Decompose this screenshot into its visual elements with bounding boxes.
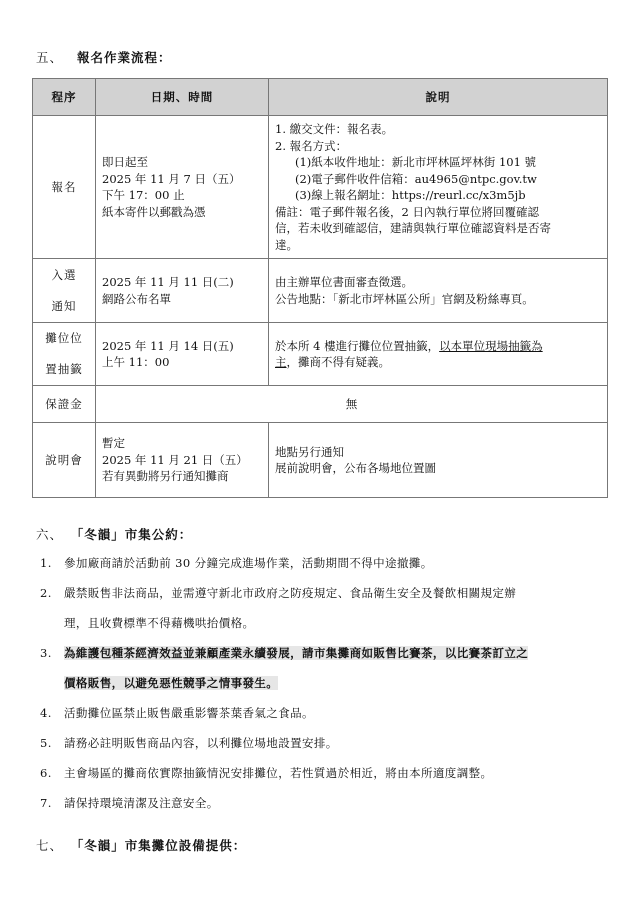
section-7-title: 「冬韻」市集攤位設備提供： xyxy=(77,838,246,853)
table-row-booth-lottery: 攤位位 置抽籤 2025 年 11 月 14 日(五) 上午 11：00 於本所… xyxy=(33,323,608,386)
table-row-registration: 報名 即日起至 2025 年 11 月 7 日（五） 下午 17：00 止 紙本… xyxy=(33,116,608,259)
table-row-briefing: 說明會 暫定 2025 年 11 月 21 日（五） 若有異動將另行通知攤商 地… xyxy=(33,423,608,498)
highlighted-text: 價格販售，以避免惡性競爭之情事發生。 xyxy=(64,676,278,690)
description-cell: 地點另行通知 展前說明會，公布各場地位置圖 xyxy=(269,423,608,498)
rule-item: 1. 參加廠商請於活動前 30 分鐘完成進場作業，活動期間不得中途撤攤。 xyxy=(40,548,610,578)
rule-item: 7. 請保持環境清潔及注意安全。 xyxy=(40,788,610,818)
table-row-deposit: 保證金 無 xyxy=(33,386,608,423)
step-cell: 保證金 xyxy=(33,386,96,423)
description-cell: 1. 繳交文件：報名表。 2. 報名方式： (1)紙本收件地址：新北市坪林區坪林… xyxy=(269,116,608,259)
date-cell: 2025 年 11 月 11 日(二) 網路公布名單 xyxy=(96,259,269,323)
email-address: (2)電子郵件收件信箱：au4965@ntpc.gov.tw xyxy=(275,171,601,188)
rule-item: 5. 請務必註明販售商品內容，以利攤位場地設置安排。 xyxy=(40,728,610,758)
note-line-2: 信，若未收到確認信，建請與執行單位確認資料是否寄 xyxy=(275,220,601,237)
registration-methods: 2. 報名方式： xyxy=(275,138,601,155)
underlined-text: 主 xyxy=(275,355,287,369)
section-7-heading: 七、「冬韻」市集攤位設備提供： xyxy=(36,836,246,854)
section-6-heading: 六、「冬韻」市集公約： xyxy=(36,525,192,543)
section-5-title: 報名作業流程： xyxy=(77,50,172,65)
registration-process-table: 程序 日期、時間 說明 報名 即日起至 2025 年 11 月 7 日（五） 下… xyxy=(32,78,608,498)
section-5-number: 五、 xyxy=(36,50,63,65)
table-header-row: 程序 日期、時間 說明 xyxy=(33,79,608,116)
online-registration-url: (3)線上報名網址：https://reurl.cc/x3m5jb xyxy=(275,187,601,204)
section-7-number: 七、 xyxy=(36,838,63,853)
underlined-text: 以本單位現場抽籤為 xyxy=(439,339,543,353)
header-step: 程序 xyxy=(33,79,96,116)
market-rules-list: 1. 參加廠商請於活動前 30 分鐘完成進場作業，活動期間不得中途撤攤。 2. … xyxy=(40,548,610,818)
note-line-1: 備註：電子郵件報名後，2 日內執行單位將回覆確認 xyxy=(275,204,601,221)
header-description: 說明 xyxy=(269,79,608,116)
note-line-3: 達。 xyxy=(275,237,601,254)
step-cell: 入選 通知 xyxy=(33,259,96,323)
deposit-value-cell: 無 xyxy=(96,386,608,423)
rule-item: 4. 活動攤位區禁止販售嚴重影響茶葉香氣之食品。 xyxy=(40,698,610,728)
step-cell: 說明會 xyxy=(33,423,96,498)
rule-item: 2. 嚴禁販售非法商品，並需遵守新北市政府之防疫規定、食品衛生安全及餐飲相關規定… xyxy=(40,578,610,638)
step-cell: 報名 xyxy=(33,116,96,259)
rule-item-highlighted: 3. 為維護包種茶經濟效益並兼顧產業永續發展，請市集攤商如販售比賽茶，以比賽茶訂… xyxy=(40,638,610,698)
required-document: 1. 繳交文件：報名表。 xyxy=(275,121,601,138)
rule-item: 6. 主會場區的攤商依實際抽籤情況安排攤位，若性質過於相近，將由本所適度調整。 xyxy=(40,758,610,788)
section-6-title: 「冬韻」市集公約： xyxy=(77,527,192,542)
date-cell: 即日起至 2025 年 11 月 7 日（五） 下午 17：00 止 紙本寄件以… xyxy=(96,116,269,259)
date-cell: 2025 年 11 月 14 日(五) 上午 11：00 xyxy=(96,323,269,386)
section-6-number: 六、 xyxy=(36,527,63,542)
table-row-selection-notice: 入選 通知 2025 年 11 月 11 日(二) 網路公布名單 由主辦單位書面… xyxy=(33,259,608,323)
description-cell: 於本所 4 樓進行攤位位置抽籤，以本單位現場抽籤為 主，攤商不得有疑義。 xyxy=(269,323,608,386)
header-date-time: 日期、時間 xyxy=(96,79,269,116)
highlighted-text: 為維護包種茶經濟效益並兼顧產業永續發展，請市集攤商如販售比賽茶，以比賽茶訂立之 xyxy=(64,646,528,660)
mail-address: (1)紙本收件地址：新北市坪林區坪林街 101 號 xyxy=(275,154,601,171)
date-cell: 暫定 2025 年 11 月 21 日（五） 若有異動將另行通知攤商 xyxy=(96,423,269,498)
step-cell: 攤位位 置抽籤 xyxy=(33,323,96,386)
description-cell: 由主辦單位書面審查徵選。 公告地點：「新北市坪林區公所」官網及粉絲專頁。 xyxy=(269,259,608,323)
section-5-heading: 五、報名作業流程： xyxy=(36,48,172,66)
